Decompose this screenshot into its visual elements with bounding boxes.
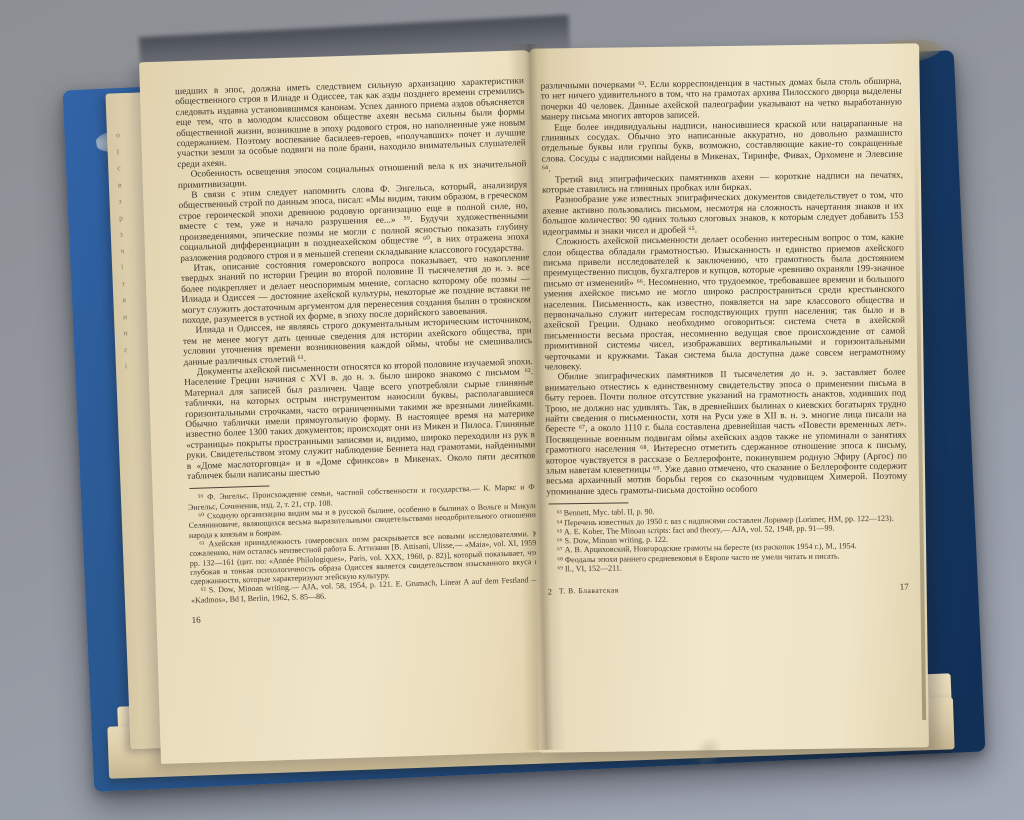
page-edge-text-fragments: о І с в з р з ч і т в и н с і xyxy=(116,127,130,374)
footnote-separator xyxy=(548,503,628,505)
paragraph: Еще более индивидуальны надписи, наносив… xyxy=(541,118,903,175)
paragraph: различными почерками ⁶³. Если корреспонд… xyxy=(541,77,903,124)
page-number-left: 16 xyxy=(191,604,540,625)
paragraph: Сложность ахейской письменности делает о… xyxy=(543,233,906,373)
book-page-right: различными почерками ⁶³. Если корреспонд… xyxy=(529,43,929,752)
paragraph: Разнообразие уже известных эпиграфически… xyxy=(542,191,904,238)
signature-mark: 2 xyxy=(548,587,552,597)
running-footer-author: Т. В. Блаватская xyxy=(559,586,619,597)
paragraph: Обилие эпиграфических памятников II тыся… xyxy=(545,368,908,498)
paragraph: В связи с этим следует напомнить слова Ф… xyxy=(178,180,529,264)
book-page-left: шедших в эпос, должна иметь следствием с… xyxy=(139,50,553,764)
paragraph: шедших в эпос, должна иметь следствием с… xyxy=(175,76,526,170)
paragraph: Документы ахейской письменности относятс… xyxy=(184,357,536,482)
right-page-text-column: различными почерками ⁶³. Если корреспонд… xyxy=(541,77,909,598)
signature-line: 2 Т. В. Блаватская xyxy=(548,586,619,597)
paragraph: Итак, описание состояния гомеровского во… xyxy=(180,253,531,326)
left-page-text-column: шедших в эпос, должна иметь следствием с… xyxy=(175,76,541,625)
right-page-footer: 2 Т. В. Блаватская 17 xyxy=(548,582,909,597)
photo-background: о І с в з р з ч і т в и н с і шедших в э… xyxy=(0,0,1024,820)
footnote-separator xyxy=(189,486,269,490)
page-number-right: 17 xyxy=(900,582,909,593)
